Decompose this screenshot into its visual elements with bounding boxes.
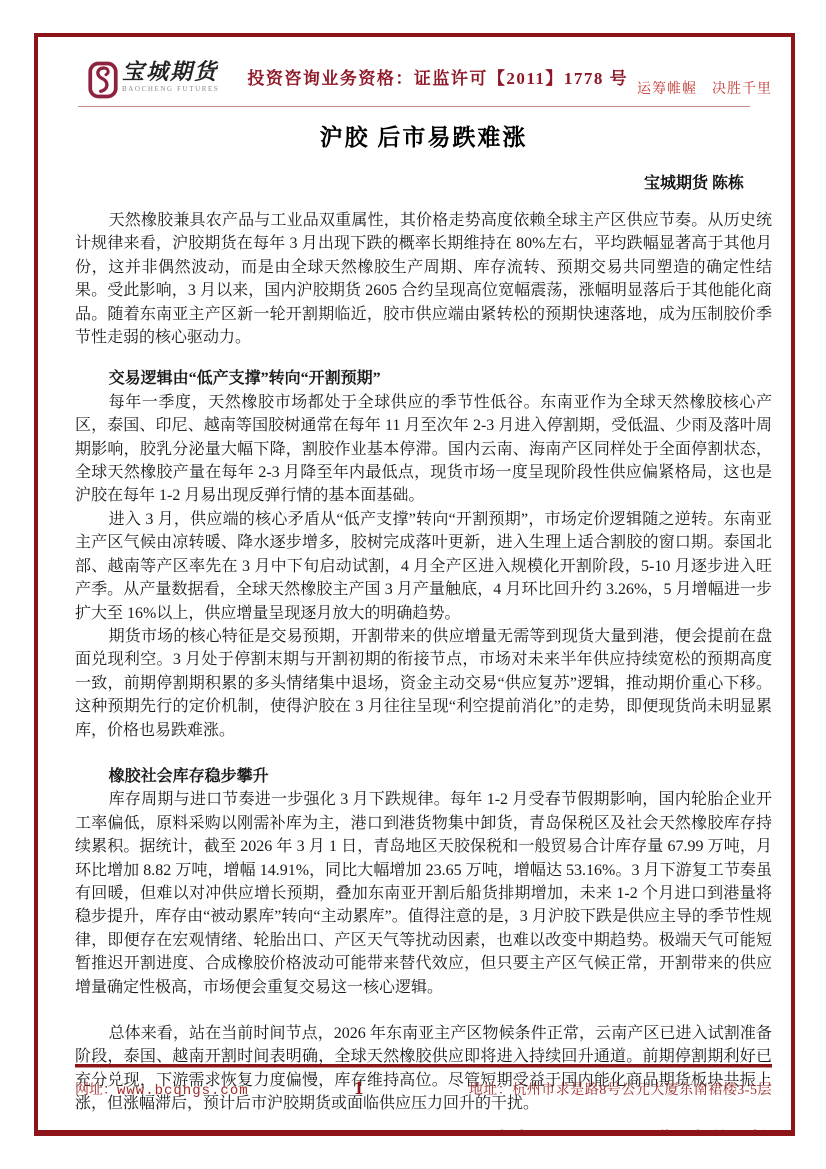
logo-cn: 宝城期货: [122, 59, 219, 85]
header-rule: [78, 106, 750, 107]
logo-en: BAOCHENG FUTURES: [122, 85, 219, 94]
footer-rule: [75, 1064, 772, 1068]
body-paragraph: 进入 3 月，供应端的核心矛盾从“低产支撑”转向“开割预期”，市场定价逻辑随之逆…: [75, 508, 772, 625]
qualification-text: 投资咨询业务资格：证监许可【2011】1778 号: [247, 64, 628, 89]
publication-note: 发表于 2026.3.11 期货日报第六版: [75, 1126, 772, 1136]
article-title: 沪胶 后市易跌难涨: [75, 119, 772, 152]
page-frame: 宝城期货 BAOCHENG FUTURES 投资咨询业务资格：证监许可【2011…: [34, 33, 795, 1136]
page-footer: 网址：www.bcqhgs.com 1 地址：杭州市求是路8号公元大厦东南裙楼3…: [75, 1064, 772, 1100]
body-paragraph: 期货市场的核心特征是交易预期，开割带来的供应增量无需等到现货大量到港，便会提前在…: [75, 625, 772, 742]
address-text: 杭州市求是路8号公元大厦东南裙楼3-5层: [512, 1083, 772, 1098]
footer-website: 网址：www.bcqhgs.com: [75, 1079, 249, 1099]
article-body: 天然橡胶兼具农产品与工业品双重属性，其价格走势高度依赖全球主产区供应节奏。从历史…: [75, 209, 772, 1116]
address-label: 地址：: [469, 1083, 513, 1098]
logo-text-block: 宝城期货 BAOCHENG FUTURES: [122, 59, 219, 94]
body-paragraph: 库存周期与进口节奏进一步强化 3 月下跌规律。每年 1-2 月受春节假期影响，国…: [75, 788, 772, 999]
baocheng-logo-icon: [88, 59, 118, 101]
website-label: 网址：: [75, 1083, 117, 1098]
header-logo: 宝城期货 BAOCHENG FUTURES: [88, 59, 219, 101]
slogan-text: 运筹帷幄 决胜千里: [637, 78, 772, 98]
body-paragraph: 每年一季度，天然橡胶市场都处于全球供应的季节性低谷。东南亚作为全球天然橡胶核心产…: [75, 391, 772, 508]
body-paragraph: 天然橡胶兼具农产品与工业品双重属性，其价格走势高度依赖全球主产区供应节奏。从历史…: [75, 209, 772, 349]
footer-address: 地址：杭州市求是路8号公元大厦东南裙楼3-5层: [469, 1079, 772, 1099]
footer-row: 网址：www.bcqhgs.com 1 地址：杭州市求是路8号公元大厦东南裙楼3…: [75, 1078, 772, 1100]
section-heading-inventory: 橡胶社会库存稳步攀升: [75, 765, 772, 788]
report-header: 宝城期货 BAOCHENG FUTURES 投资咨询业务资格：证监许可【2011…: [75, 57, 772, 101]
page-number: 1: [354, 1078, 364, 1100]
page-content: 宝城期货 BAOCHENG FUTURES 投资咨询业务资格：证监许可【2011…: [38, 37, 791, 1130]
article-byline: 宝城期货 陈栋: [75, 170, 772, 193]
website-url[interactable]: www.bcqhgs.com: [117, 1083, 249, 1099]
section-heading-trading-logic: 交易逻辑由“低产支撑”转向“开割预期”: [75, 367, 772, 390]
